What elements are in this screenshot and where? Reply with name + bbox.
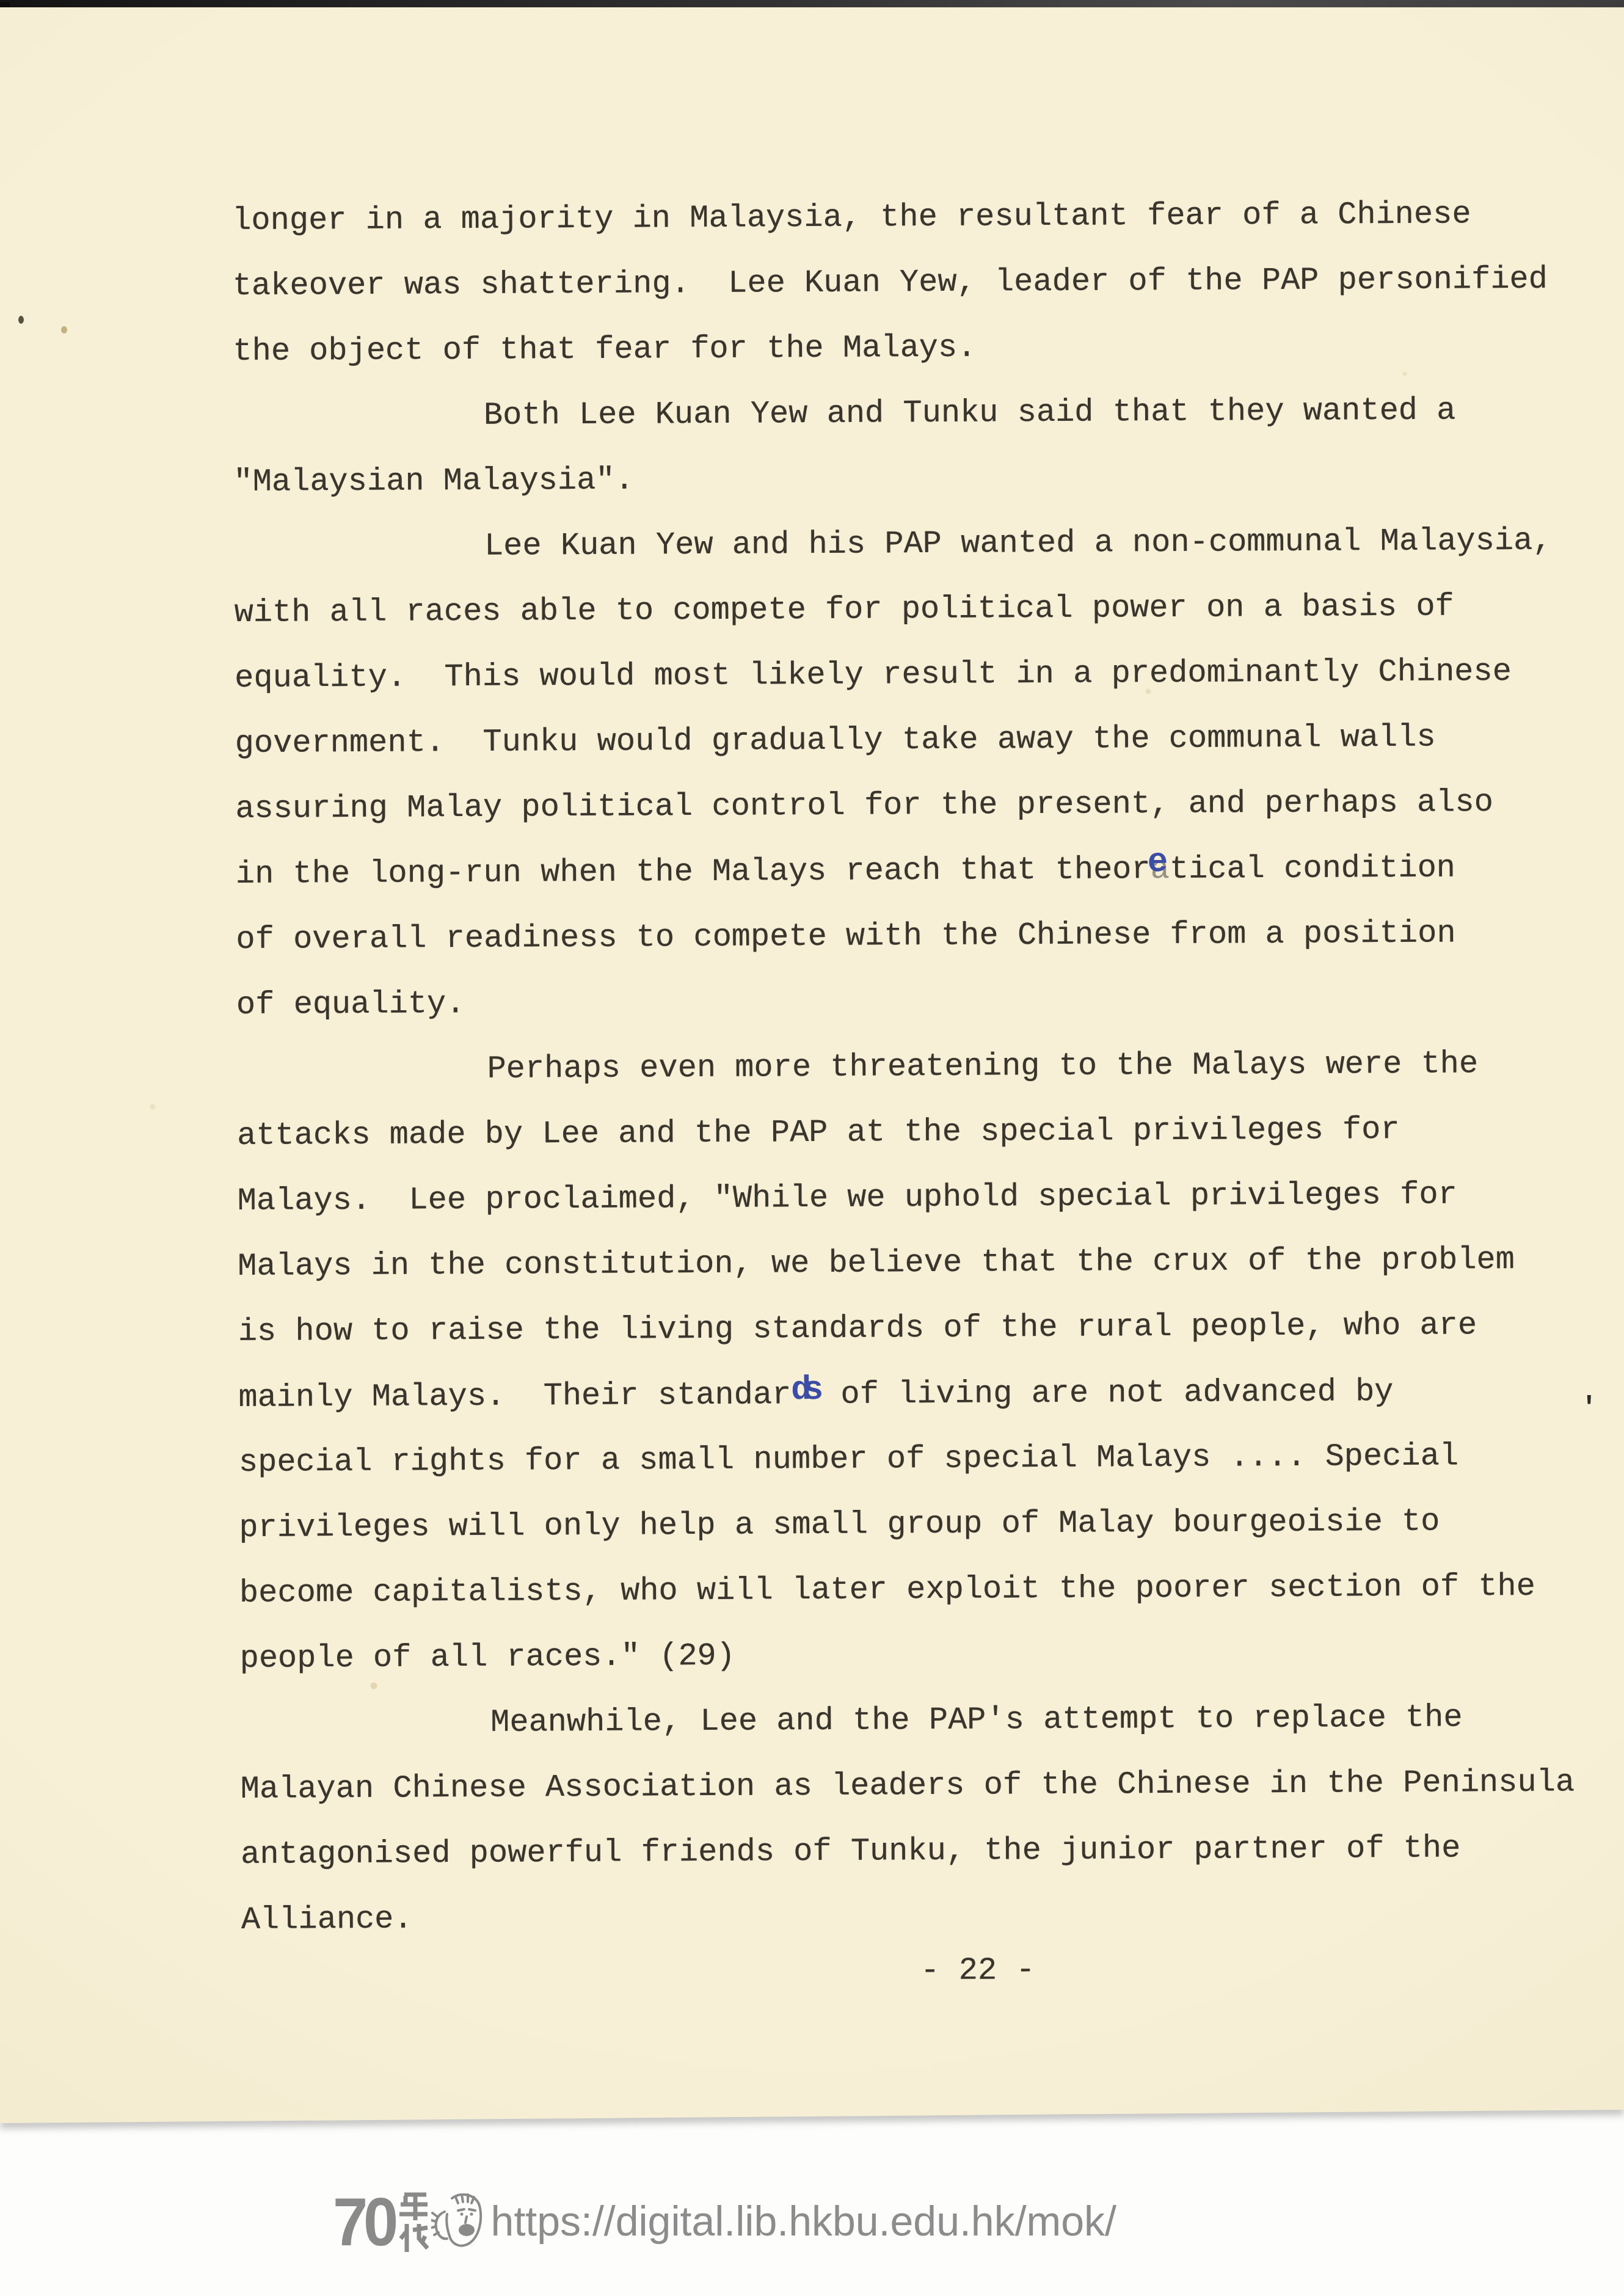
typed-text-block: longer in a majority in Malaysia, the re… <box>232 181 1624 2007</box>
typed-line: takeover was shattering. Lee Kuan Yew, l… <box>233 246 1624 319</box>
logo-70-text: 70 <box>333 2182 394 2261</box>
scanner-edge-strip <box>0 0 1624 7</box>
typed-line: of overall readiness to compete with the… <box>236 900 1624 972</box>
typed-line: in the long-run when the Malays reach th… <box>236 834 1624 907</box>
typed-line: people of all races." (29) <box>239 1619 1624 1691</box>
handwritten-correction: ds <box>791 1357 822 1423</box>
typed-line: with all races able to compete for polit… <box>234 573 1624 646</box>
typed-line: attacks made by Lee and the PAP at the s… <box>237 1096 1624 1168</box>
typed-line: special rights for a small number of spe… <box>239 1423 1624 1495</box>
typed-line: government. Tunku would gradually take a… <box>235 704 1624 776</box>
typed-line: is how to raise the living standards of … <box>238 1292 1624 1365</box>
typed-line: become capitalists, who will later explo… <box>239 1553 1624 1626</box>
stray-ink-mark: ' <box>1581 1393 1598 1424</box>
scanned-document-page: longer in a majority in Malaysia, the re… <box>0 0 1624 2296</box>
library-watermark: 70 <box>333 2170 1116 2273</box>
typed-line: Meanwhile, Lee and the PAP's attempt to … <box>240 1684 1624 1757</box>
typed-lines: longer in a majority in Malaysia, the re… <box>232 181 1624 1953</box>
shouting-face-icon <box>431 2190 485 2254</box>
typed-line: Malays. Lee proclaimed, "While we uphold… <box>237 1161 1624 1234</box>
cjk-nian-glyph <box>398 2191 429 2220</box>
typed-line: Perhaps even more threatening to the Mal… <box>236 1030 1624 1103</box>
typed-line: longer in a majority in Malaysia, the re… <box>232 181 1624 253</box>
logo-niandai-glyphs <box>398 2191 429 2252</box>
typed-line: privileges will only help a small group … <box>239 1488 1624 1561</box>
paper-sheet: longer in a majority in Malaysia, the re… <box>0 7 1624 2123</box>
typed-line: equality. This would most likely result … <box>235 638 1624 711</box>
handwritten-correction: ae <box>1150 837 1170 902</box>
paper-speck <box>18 316 24 324</box>
typed-line: Lee Kuan Yew and his PAP wanted a non-co… <box>234 508 1624 580</box>
typed-line: "Malaysian Malaysia". <box>233 442 1624 515</box>
cjk-dai-glyph <box>398 2223 429 2252</box>
typed-line: the object of that fear for the Malays. <box>233 312 1624 384</box>
typed-line: Malays in the constitution, we believe t… <box>238 1226 1624 1299</box>
paper-speck <box>61 326 67 333</box>
page-number: - 22 - <box>241 1934 1624 2007</box>
typed-line: assuring Malay political control for the… <box>235 769 1624 842</box>
typed-line: mainly Malays. Their standards of living… <box>238 1357 1624 1430</box>
watermark-url: https://digital.lib.hkbu.edu.hk/mok/ <box>491 2198 1116 2245</box>
typed-line: Both Lee Kuan Yew and Tunku said that th… <box>233 377 1624 450</box>
typed-line: of equality. <box>236 965 1624 1038</box>
typed-line: Malayan Chinese Association as leaders o… <box>240 1749 1624 1822</box>
paper-surface: longer in a majority in Malaysia, the re… <box>0 7 1624 2123</box>
typed-line: antagonised powerful friends of Tunku, t… <box>241 1815 1624 1887</box>
